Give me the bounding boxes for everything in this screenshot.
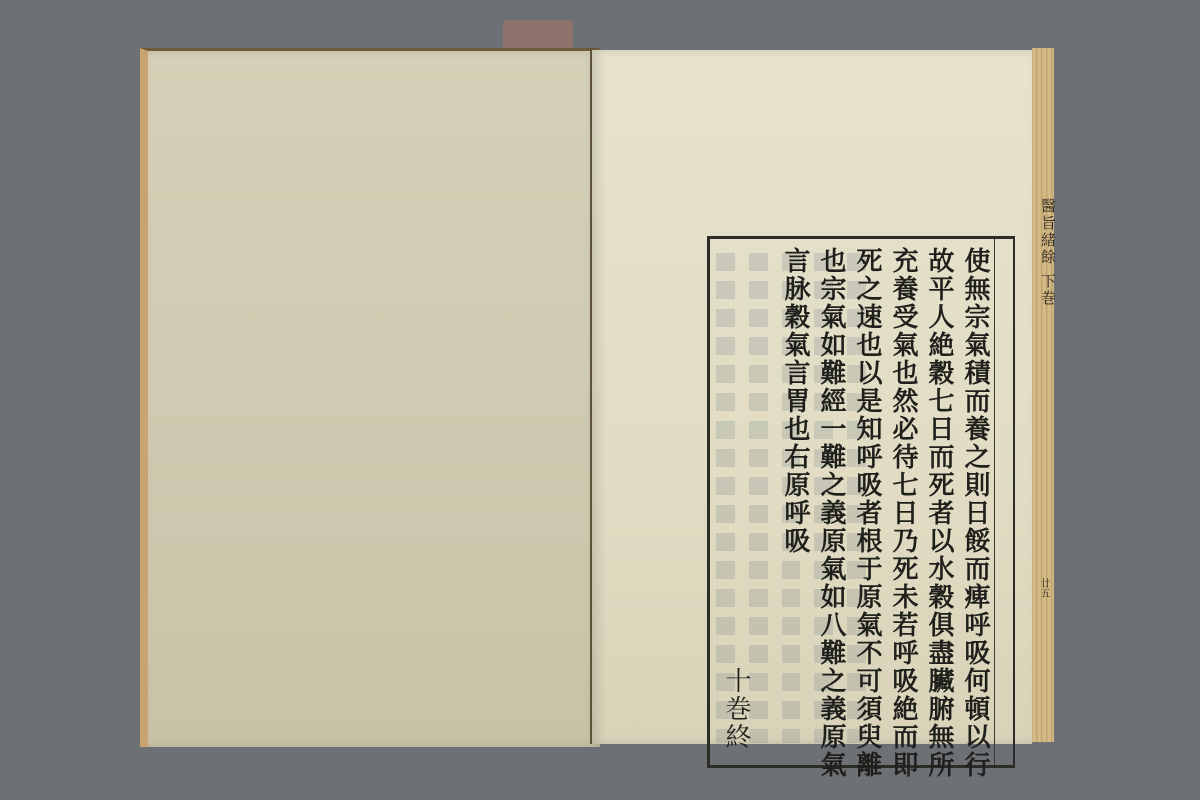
text-column-3: 充養受氣也然必待七日乃死未若呼吸絶而即 (887, 247, 919, 779)
frame-divider-line (994, 239, 995, 765)
page-fore-edge (1032, 48, 1054, 742)
left-page-blank (140, 48, 600, 747)
text-column-1: 使無宗氣積而養之則日餒而痺呼吸何頓以行 (959, 247, 991, 779)
text-column-4: 死之速也以是知呼吸者根于原氣不可須臾離 (851, 247, 883, 779)
text-frame: 使無宗氣積而養之則日餒而痺呼吸何頓以行 故平人絶穀七日而死者以水穀俱盡臟腑無所 … (707, 236, 1015, 768)
volume-end-mark: 十巻終 (718, 667, 755, 751)
margin-page-number: 廿五 (1036, 578, 1051, 598)
text-column-5: 也宗氣如難經一難之義原氣如八難之義原氣 (815, 247, 847, 779)
text-column-6: 言脉穀氣言胃也右原呼吸 (779, 247, 811, 779)
margin-book-title: 醫旨緒餘 下巻 (1038, 198, 1059, 307)
text-columns: 使無宗氣積而養之則日餒而痺呼吸何頓以行 故平人絶穀七日而死者以水穀俱盡臟腑無所 … (779, 247, 991, 779)
text-column-2: 故平人絶穀七日而死者以水穀俱盡臟腑無所 (923, 247, 955, 779)
open-book: 使無宗氣積而養之則日餒而痺呼吸何頓以行 故平人絶穀七日而死者以水穀俱盡臟腑無所 … (140, 48, 1055, 748)
